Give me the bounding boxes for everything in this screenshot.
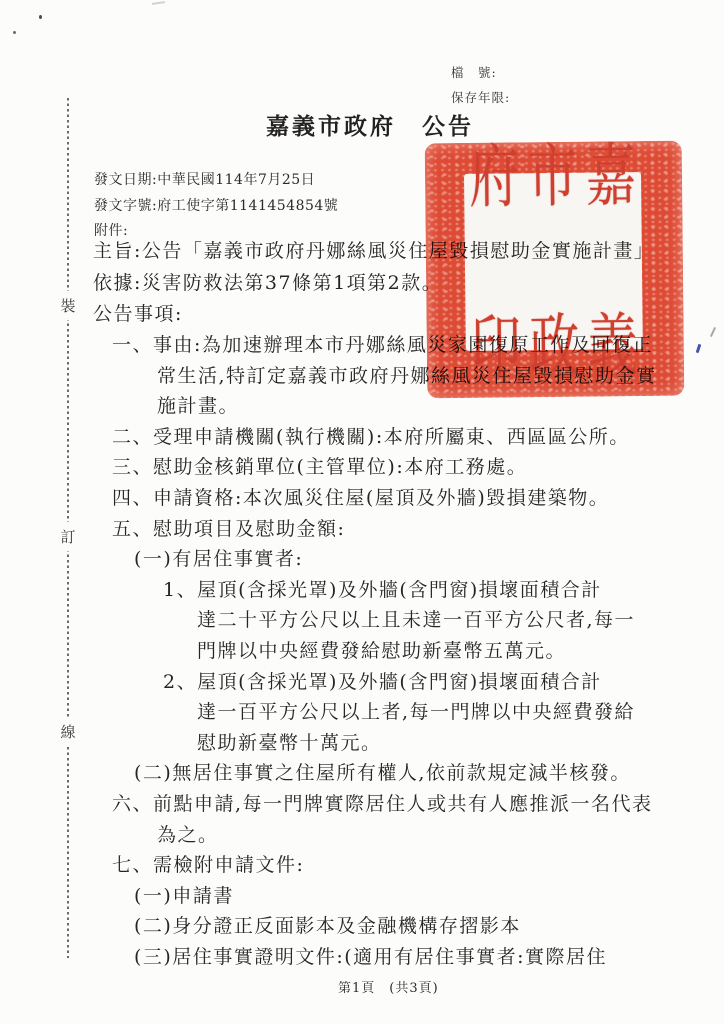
file-number-label: 檔 號: [451, 60, 510, 85]
body-line: 達一百平方公尺以上者,每一門牌以中央經費發給 [197, 697, 657, 728]
announcement-body: 一、事由:為加速辦理本市丹娜絲風災家園復原工作及回復正 常生活,特訂定嘉義市政府… [112, 330, 657, 972]
document-title: 嘉義市政府 公告 [266, 108, 474, 141]
page-number: 第1頁 [338, 981, 375, 996]
seal-char: 府 [469, 142, 520, 212]
scan-artifact-smudge [152, 1, 165, 5]
body-line: 五、慰助項目及慰助金額: [112, 514, 657, 545]
seal-char: 政 [529, 312, 580, 382]
seal-column: 嘉 義 [581, 141, 642, 380]
body-line: 二、受理申請機關(執行機關):本府所屬東、西區區公所。 [112, 422, 657, 453]
body-line: 門牌以中央經費發給慰助新臺幣五萬元。 [197, 636, 657, 667]
binding-mark-zhuang: 裝 [59, 291, 77, 320]
binding-mark-ding: 訂 [59, 522, 77, 551]
seal-char: 義 [587, 311, 638, 381]
body-line: 達二十平方公尺以上且未達一百平方公尺者,每一 [197, 605, 657, 636]
body-line: 2、屋頂(含採光罩)及外牆(含門窗)損壞面積合計 [163, 667, 657, 698]
seal-char: 嘉 [585, 141, 636, 211]
seal-char: 市 [527, 142, 578, 212]
corner-labels: 檔 號: 保存年限: [451, 60, 510, 110]
body-line: (一)申請書 [134, 881, 657, 912]
scanned-announcement-page: 裝 訂 線 檔 號: 保存年限: 嘉義市政府 公告 發文日期:中華民國114年7… [0, 0, 724, 1024]
body-line: (二)無居住事實之住屋所有權人,依前款規定減半核發。 [134, 758, 657, 789]
seal-char: 印 [471, 312, 522, 382]
body-line: 六、前點申請,每一門牌實際居住人或共有人應推派一名代表 [112, 789, 657, 820]
body-line: 七、需檢附申請文件: [112, 850, 657, 881]
body-line: 為之。 [157, 820, 657, 851]
body-line: (二)身分證正反面影本及金融機構存摺影本 [134, 911, 657, 942]
page-footer: 第1頁(共3頁) [338, 977, 439, 996]
body-line: 1、屋頂(含採光罩)及外牆(含門窗)損壞面積合計 [163, 575, 657, 606]
body-line: 慰助新臺幣十萬元。 [197, 728, 657, 759]
body-line: 四、申請資格:本次風災住屋(屋頂及外牆)毀損建築物。 [112, 483, 657, 514]
scan-artifact-pen-mark [696, 344, 702, 353]
document-meta: 發文日期:中華民國114年7月25日 發文字號:府工使字第1141454854號… [94, 168, 338, 245]
official-seal: 嘉 義 市 政 府 印 [425, 141, 685, 399]
doc-number-line: 發文字號:府工使字第1141454854號 [94, 194, 338, 220]
official-seal-face: 嘉 義 市 政 府 印 [464, 172, 643, 351]
scan-artifact-dot [13, 31, 16, 34]
body-line: (三)居住事實證明文件:(適用有居住事實者:實際居住 [134, 942, 657, 973]
body-line: 三、慰助金核銷單位(主管單位):本府工務處。 [112, 452, 657, 483]
retention-period-label: 保存年限: [451, 85, 510, 110]
seal-column: 府 印 [465, 142, 526, 381]
binding-mark-xian: 線 [59, 717, 77, 746]
issue-date-line: 發文日期:中華民國114年7月25日 [94, 168, 338, 194]
seal-column: 市 政 [523, 142, 584, 381]
scan-artifact-slash [710, 327, 716, 337]
page-total: (共3頁) [389, 981, 438, 996]
body-line: (一)有居住事實者: [134, 544, 657, 575]
scan-artifact-dot [39, 15, 42, 19]
